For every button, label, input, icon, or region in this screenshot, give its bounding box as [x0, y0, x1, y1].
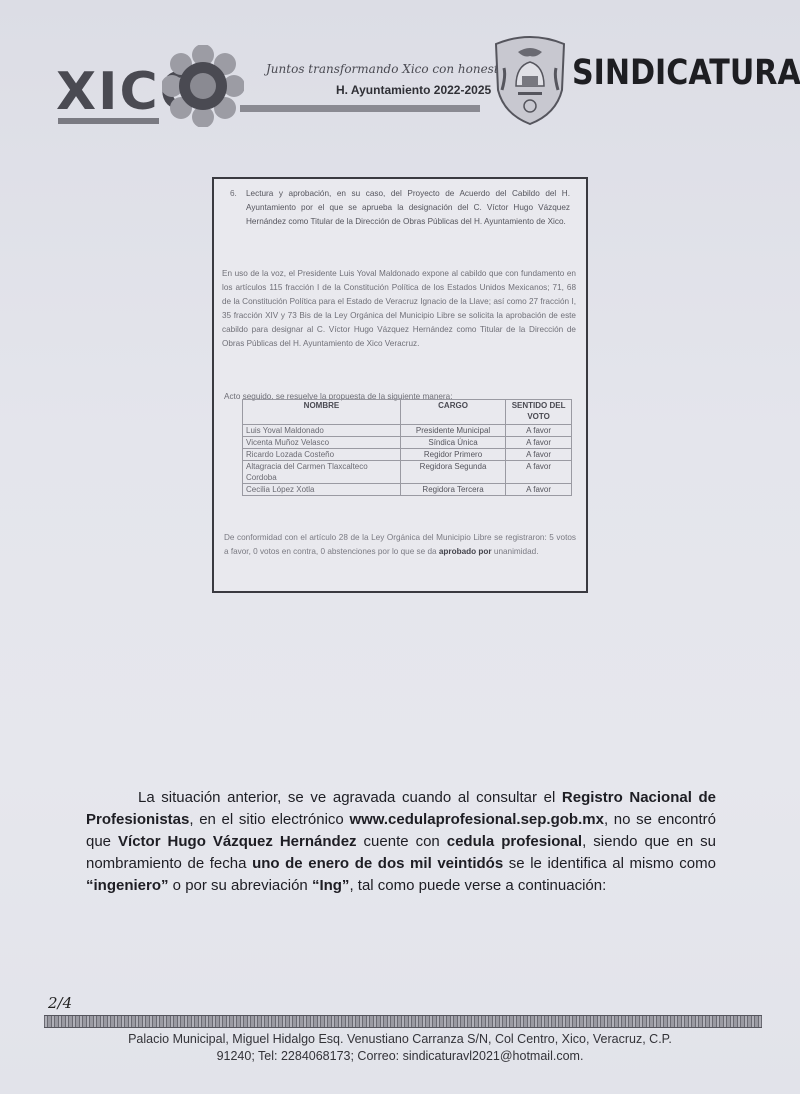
- footer-address: Palacio Municipal, Miguel Hidalgo Esq. V…: [40, 1031, 760, 1065]
- table-row: Altagracia del Carmen Tlaxcalteco Cordob…: [243, 461, 572, 484]
- title-ingeniero: “ingeniero”: [86, 877, 169, 894]
- cell-voto: A favor: [506, 425, 572, 437]
- agenda-item: 6. Lectura y aprobación, en su caso, del…: [230, 187, 570, 229]
- vote-table: NOMBRE CARGO SENTIDO DEL VOTO Luis Yoval…: [242, 399, 572, 496]
- cell-nombre: Luis Yoval Maldonado: [243, 425, 401, 437]
- text: se le identifica al mismo como: [503, 855, 716, 872]
- office-title: SINDICATURA: [572, 53, 800, 93]
- text: , en el sitio electrónico: [189, 811, 349, 828]
- table-row: Vicenta Muñoz Velasco Síndica Única A fa…: [243, 437, 572, 449]
- agenda-item-text: Lectura y aprobación, en su caso, del Pr…: [246, 187, 570, 229]
- body-paragraph: La situación anterior, se ve agravada cu…: [86, 787, 716, 897]
- cell-nombre: Ricardo Lozada Costeño: [243, 449, 401, 461]
- cell-voto: A favor: [506, 449, 572, 461]
- cell-nombre: Altagracia del Carmen Tlaxcalteco Cordob…: [243, 461, 401, 484]
- cell-cargo: Presidente Municipal: [400, 425, 505, 437]
- cell-voto: A favor: [506, 484, 572, 496]
- vote-result-bold: aprobado por: [439, 547, 492, 556]
- cell-nombre: Vicenta Muñoz Velasco: [243, 437, 401, 449]
- header-voto: SENTIDO DEL VOTO: [506, 400, 572, 425]
- cell-nombre: Cecilia López Xotla: [243, 484, 401, 496]
- agenda-item-number: 6.: [230, 187, 237, 201]
- text: La situación anterior, se ve agravada cu…: [138, 789, 562, 806]
- motto: Juntos transformando Xico con honestidad: [266, 62, 525, 76]
- person-name: Víctor Hugo Vázquez Hernández: [118, 833, 357, 850]
- xico-flower-logo-icon: [162, 45, 244, 127]
- ayuntamiento-label: H. Ayuntamiento 2022-2025: [336, 83, 491, 97]
- cell-cargo: Síndica Única: [400, 437, 505, 449]
- minutes-paragraph: En uso de la voz, el Presidente Luis Yov…: [222, 267, 576, 351]
- text: o por su abreviación: [169, 877, 312, 894]
- cell-voto: A favor: [506, 461, 572, 484]
- embedded-minutes-screenshot: 6. Lectura y aprobación, en su caso, del…: [212, 177, 588, 593]
- vote-result: De conformidad con el artículo 28 de la …: [224, 531, 576, 559]
- header-nombre: NOMBRE: [243, 400, 401, 425]
- table-row: Cecilia López Xotla Regidora Tercera A f…: [243, 484, 572, 496]
- logo-underline: [58, 118, 159, 124]
- table-row: Ricardo Lozada Costeño Regidor Primero A…: [243, 449, 572, 461]
- website: www.cedulaprofesional.sep.gob.mx: [349, 811, 604, 828]
- cell-cargo: Regidor Primero: [400, 449, 505, 461]
- title-abbrev: “Ing”: [312, 877, 350, 894]
- greek-key-border: [44, 1015, 762, 1028]
- text: cuente con: [357, 833, 447, 850]
- address-line-1: Palacio Municipal, Miguel Hidalgo Esq. V…: [40, 1031, 760, 1048]
- coat-of-arms-icon: [490, 30, 570, 126]
- credential: cedula profesional: [447, 833, 582, 850]
- appointment-date: uno de enero de dos mil veintidós: [252, 855, 503, 872]
- vote-result-end: unanimidad.: [492, 547, 539, 556]
- cell-cargo: Regidora Tercera: [400, 484, 505, 496]
- table-row: Luis Yoval Maldonado Presidente Municipa…: [243, 425, 572, 437]
- cell-cargo: Regidora Segunda: [400, 461, 505, 484]
- page-number: 2/4: [48, 994, 72, 1012]
- text: , tal como puede verse a continuación:: [349, 877, 606, 894]
- header-cargo: CARGO: [400, 400, 505, 425]
- cell-voto: A favor: [506, 437, 572, 449]
- address-line-2: 91240; Tel: 2284068173; Correo: sindicat…: [40, 1048, 760, 1065]
- header-rule: [240, 105, 480, 112]
